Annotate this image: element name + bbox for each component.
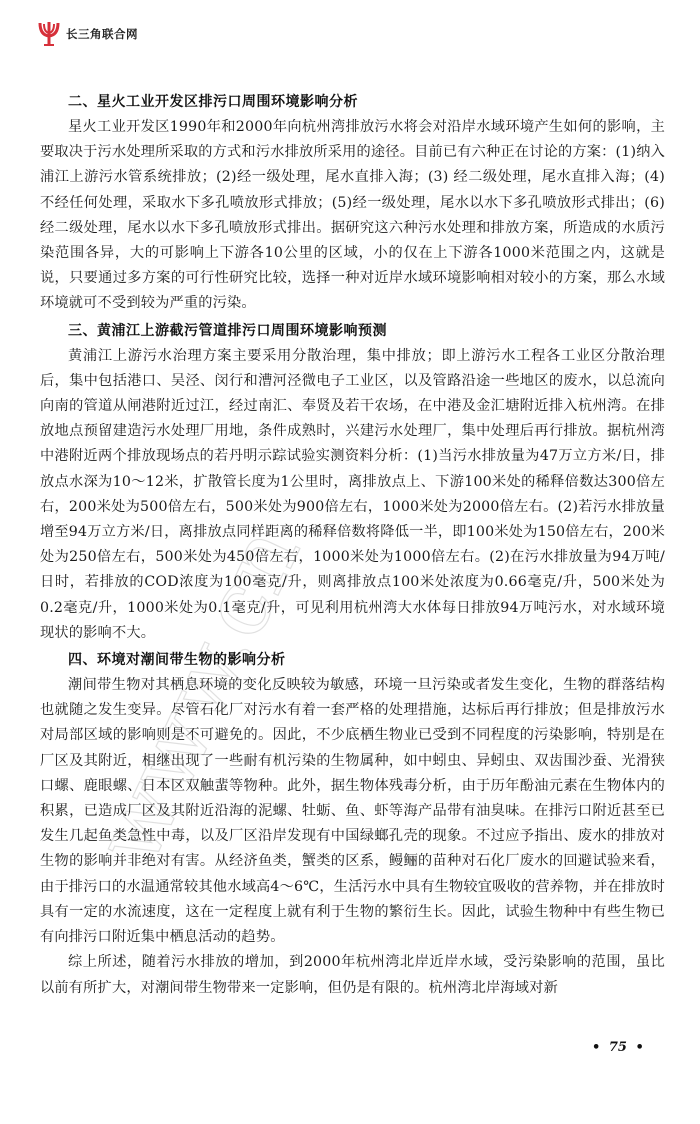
paragraph: 综上所述，随着污水排放的增加，到2000年杭州湾北岸近岸水域，受污染影响的范围，… xyxy=(40,950,665,1000)
brand-name: 长三角联合网 xyxy=(66,26,138,42)
site-header: 长三角联合网 xyxy=(38,20,138,48)
section-heading: 三、黄浦江上游截污管道排污口周围环境影响预测 xyxy=(40,319,665,344)
section-heading: 二、星火工业开发区排污口周围环境影响分析 xyxy=(40,90,665,115)
document-page: 二、星火工业开发区排污口周围环境影响分析 星火工业开发区1990年和2000年向… xyxy=(40,88,665,1001)
paragraph: 潮间带生物对其栖息环境的变化反映较为敏感，环境一旦污染或者发生变化，生物的群落结… xyxy=(40,673,665,950)
paragraph: 星火工业开发区1990年和2000年向杭州湾排放污水将会对沿岸水域环境产生如何的… xyxy=(40,115,665,317)
psi-logo-icon xyxy=(38,21,60,47)
paragraph: 黄浦江上游污水治理方案主要采用分散治理，集中排放；即上游污水工程各工业区分散治理… xyxy=(40,344,665,646)
section-2: 二、星火工业开发区排污口周围环境影响分析 星火工业开发区1990年和2000年向… xyxy=(40,90,665,317)
section-4: 四、环境对潮间带生物的影响分析 潮间带生物对其栖息环境的变化反映较为敏感，环境一… xyxy=(40,648,665,1001)
section-3: 三、黄浦江上游截污管道排污口周围环境影响预测 黄浦江上游污水治理方案主要采用分散… xyxy=(40,319,665,646)
page-number: • 75 • xyxy=(592,1040,644,1055)
section-heading: 四、环境对潮间带生物的影响分析 xyxy=(40,648,665,673)
